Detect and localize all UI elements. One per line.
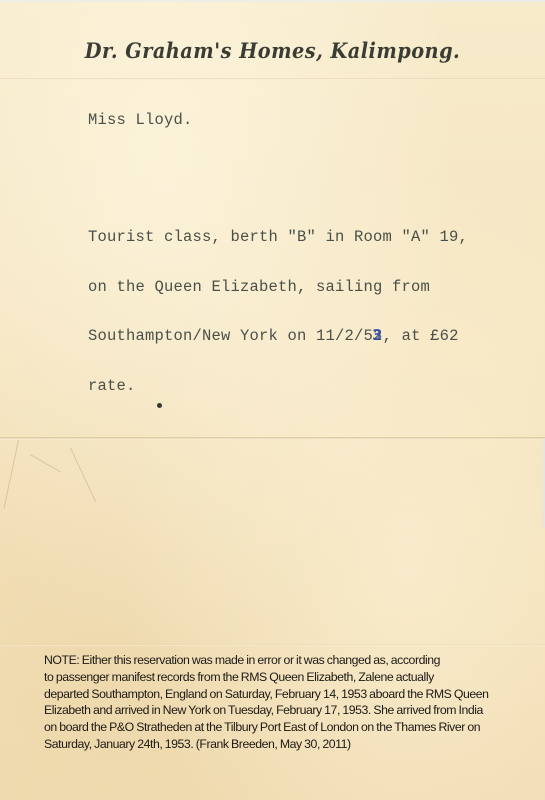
note-line: to passenger manifest records from the R… [44, 669, 524, 686]
booking-line: on the Queen Elizabeth, sailing from [88, 279, 468, 296]
booking-details: Tourist class, berth "B" in Room "A" 19,… [88, 196, 468, 427]
ink-dot [157, 403, 162, 408]
fold-line-lower [0, 644, 545, 646]
paper-crease [3, 440, 19, 509]
booking-line: rate. [88, 378, 468, 395]
fold-line-top [0, 78, 545, 80]
date-correction: 23 [373, 328, 383, 345]
note-line: on board the P&O Stratheden at the Tilbu… [44, 719, 524, 736]
booking-line-tail: , at £62 [383, 327, 459, 345]
booking-line-text: Southampton/New York on 11/2/5 [88, 327, 373, 345]
note-line: Saturday, January 24th, 1953. (Frank Bre… [44, 736, 524, 753]
letter-page: Dr. Graham's Homes, Kalimpong. Miss Lloy… [0, 0, 545, 800]
note-line: departed Southampton, England on Saturda… [44, 686, 524, 703]
booking-line: Southampton/New York on 11/2/523, at £62 [88, 328, 468, 345]
note-line: NOTE: Either this reservation was made i… [44, 652, 524, 669]
booking-line: Tourist class, berth "B" in Room "A" 19, [88, 229, 468, 246]
note-line: Elizabeth and arrived in New York on Tue… [44, 702, 524, 719]
letterhead-title: Dr. Graham's Homes, Kalimpong. [22, 38, 523, 63]
annotation-note: NOTE: Either this reservation was made i… [44, 652, 524, 753]
handwritten-correction: 3 [372, 327, 383, 344]
paper-crease [30, 454, 61, 472]
paper-crease [70, 448, 96, 503]
fold-line-middle [0, 437, 545, 440]
paper-top-edge [0, 0, 545, 3]
addressee: Miss Lloyd. [88, 112, 193, 129]
